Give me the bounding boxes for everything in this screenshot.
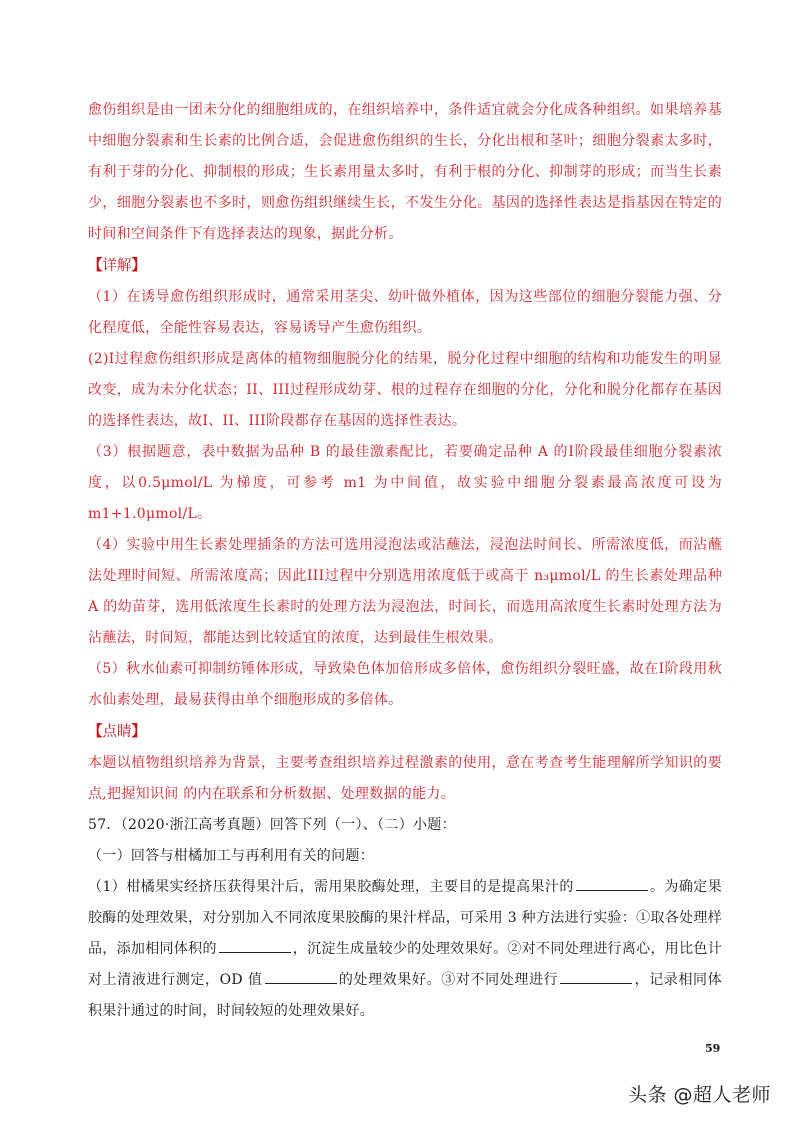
analysis-intro: 愈伤组织是由一团未分化的细胞组成的，在组织培养中，条件适宜就会分化成各种组织。如…	[88, 95, 722, 250]
bracket-close: 】	[132, 723, 147, 740]
q1-text-segment: （1）柑橘果实经挤压获得果汁后，需用果胶酶处理，主要目的是提高果汁的	[88, 879, 574, 895]
question-part-one: （一）回答与柑橘加工与再利用有关的问题：	[88, 841, 722, 872]
q1-text-segment: 的处理效果好。③对不同处理进行	[339, 972, 559, 988]
detail-item-2: (2)I过程愈伤组织形成是离体的植物细胞脱分化的结果，脱分化过程中细胞的结构和功…	[88, 344, 722, 437]
document-page: 愈伤组织是由一团未分化的细胞组成的，在组织培养中，条件适宜就会分化成各种组织。如…	[88, 95, 722, 1027]
detail-heading: 【详解】	[88, 250, 722, 282]
answer-blank-3[interactable]	[265, 969, 337, 984]
bracket-close: 】	[132, 257, 147, 274]
question-item-1: （1）柑橘果实经挤压获得果汁后，需用果胶酶处理，主要目的是提高果汁的。为确定果胶…	[88, 872, 722, 1027]
detail-item-1: （1）在诱导愈伤组织形成时，通常采用茎尖、幼叶做外植体，因为这些部位的细胞分裂能…	[88, 282, 722, 344]
bracket-open: 【	[88, 257, 103, 274]
point-heading-text: 点睛	[103, 724, 132, 740]
answer-blank-2[interactable]	[219, 938, 291, 953]
question-title: 57．（2020·浙江高考真题）回答下列（一）、（二）小题：	[88, 810, 722, 841]
bracket-open: 【	[88, 723, 103, 740]
detail-item-5: （5）秋水仙素可抑制纺锤体形成，导致染色体加倍形成多倍体，愈伤组织分裂旺盛，故在…	[88, 654, 722, 716]
answer-blank-4[interactable]	[560, 969, 632, 984]
detail-heading-text: 详解	[103, 258, 132, 274]
page-number: 59	[705, 1042, 720, 1055]
detail-item-3: （3）根据题意，表中数据为品种 B 的最佳激素配比，若要确定品种 A 的I阶段最…	[88, 437, 722, 530]
watermark: 头条 @超人老师	[628, 1080, 771, 1107]
point-heading: 【点睛】	[88, 716, 722, 748]
answer-blank-1[interactable]	[576, 876, 648, 891]
point-summary: 本题以植物组织培养为背景，主要考查组织培养过程激素的使用，意在考查考生能理解所学…	[88, 748, 722, 810]
detail-item-4: （4）实验中用生长素处理插条的方法可选用浸泡法或沾蘸法，浸泡法时间长、所需浓度低…	[88, 530, 722, 654]
